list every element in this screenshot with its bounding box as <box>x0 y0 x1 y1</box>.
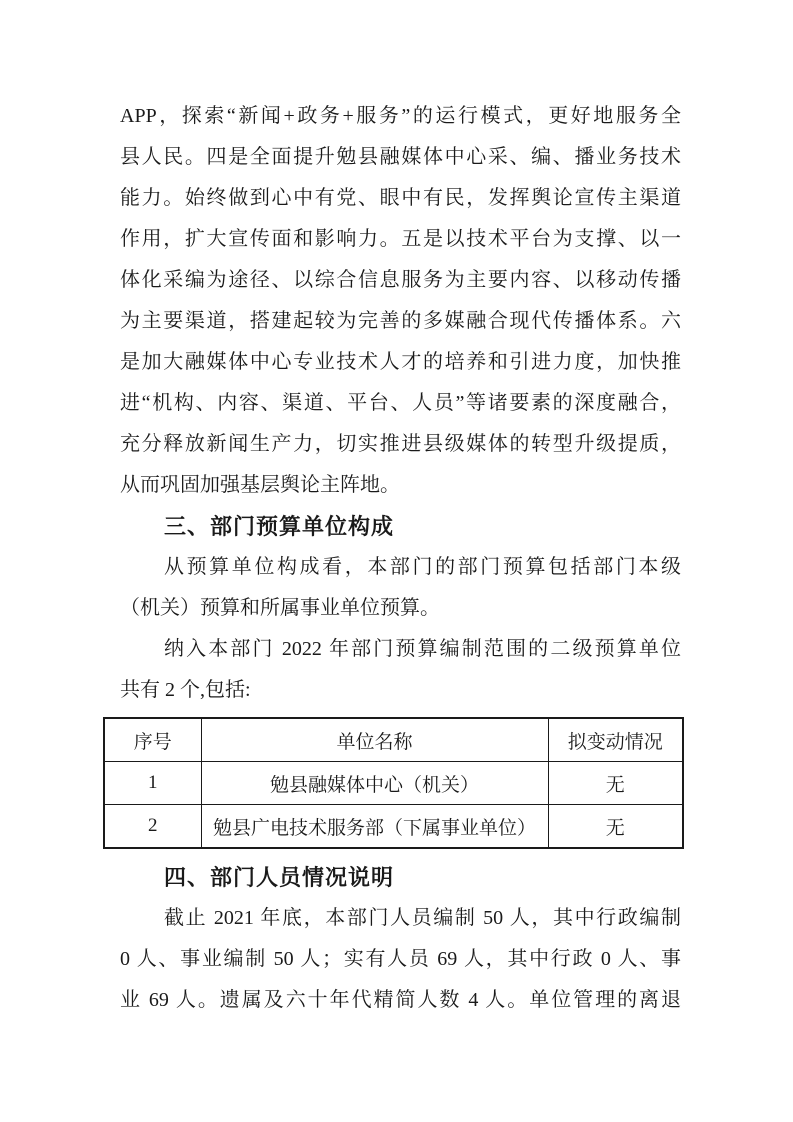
section-4-heading: 四、部门人员情况说明 <box>164 857 681 898</box>
body-line: 纳入本部门 2022 年部门预算编制范围的二级预算单位 <box>120 629 681 670</box>
table-cell: 勉县广电技术服务部（下属事业单位） <box>201 805 548 849</box>
table-cell: 无 <box>548 805 683 849</box>
body-line: 县人民。四是全面提升勉县融媒体中心采、编、播业务技术 <box>120 137 681 178</box>
table-cell: 1 <box>104 762 201 805</box>
header-cell-unit-name: 单位名称 <box>201 718 548 762</box>
body-line: APP，探索“新闻+政务+服务”的运行模式，更好地服务全 <box>120 96 681 137</box>
document-page: APP，探索“新闻+政务+服务”的运行模式，更好地服务全 县人民。四是全面提升勉… <box>0 0 793 1122</box>
body-line: 作用，扩大宣传面和影响力。五是以技术平台为支撑、以一 <box>120 219 681 260</box>
header-cell-change: 拟变动情况 <box>548 718 683 762</box>
body-line: 截止 2021 年底，本部门人员编制 50 人，其中行政编制 <box>120 898 681 939</box>
section-3-heading: 三、部门预算单位构成 <box>164 506 681 547</box>
paragraph-continuation: APP，探索“新闻+政务+服务”的运行模式，更好地服务全 县人民。四是全面提升勉… <box>120 96 681 506</box>
body-line: 0 人、事业编制 50 人；实有人员 69 人，其中行政 0 人、事 <box>120 939 681 980</box>
table-cell: 无 <box>548 762 683 805</box>
body-line: 充分释放新闻生产力，切实推进县级媒体的转型升级提质， <box>120 424 681 465</box>
body-line: 能力。始终做到心中有党、眼中有民，发挥舆论宣传主渠道 <box>120 178 681 219</box>
section-3-paragraph-1: 从预算单位构成看，本部门的部门预算包括部门本级 （机关）预算和所属事业单位预算。 <box>120 547 681 629</box>
table-cell: 勉县融媒体中心（机关） <box>201 762 548 805</box>
body-line: 从而巩固加强基层舆论主阵地。 <box>120 465 681 506</box>
body-line: 进“机构、内容、渠道、平台、人员”等诸要素的深度融合， <box>120 383 681 424</box>
text-column: APP，探索“新闻+政务+服务”的运行模式，更好地服务全 县人民。四是全面提升勉… <box>120 96 681 1021</box>
body-line: 从预算单位构成看，本部门的部门预算包括部门本级 <box>120 547 681 588</box>
header-cell-index: 序号 <box>104 718 201 762</box>
table-cell: 2 <box>104 805 201 849</box>
body-line: 共有 2 个,包括: <box>120 670 681 711</box>
body-line: （机关）预算和所属事业单位预算。 <box>120 588 681 629</box>
body-line: 为主要渠道，搭建起较为完善的多媒融合现代传播体系。六 <box>120 301 681 342</box>
body-line: 是加大融媒体中心专业技术人才的培养和引进力度，加快推 <box>120 342 681 383</box>
section-3-paragraph-2: 纳入本部门 2022 年部门预算编制范围的二级预算单位 共有 2 个,包括: <box>120 629 681 711</box>
table-row: 1 勉县融媒体中心（机关） 无 <box>104 762 683 805</box>
table-row: 2 勉县广电技术服务部（下属事业单位） 无 <box>104 805 683 849</box>
section-4-paragraph-1: 截止 2021 年底，本部门人员编制 50 人，其中行政编制 0 人、事业编制 … <box>120 898 681 1021</box>
table-header-row: 序号 单位名称 拟变动情况 <box>104 718 683 762</box>
body-line: 体化采编为途径、以综合信息服务为主要内容、以移动传播 <box>120 260 681 301</box>
budget-units-table: 序号 单位名称 拟变动情况 1 勉县融媒体中心（机关） 无 2 勉县广电技术服务… <box>103 717 684 849</box>
body-line: 业 69 人。遗属及六十年代精简人数 4 人。单位管理的离退 <box>120 980 681 1021</box>
